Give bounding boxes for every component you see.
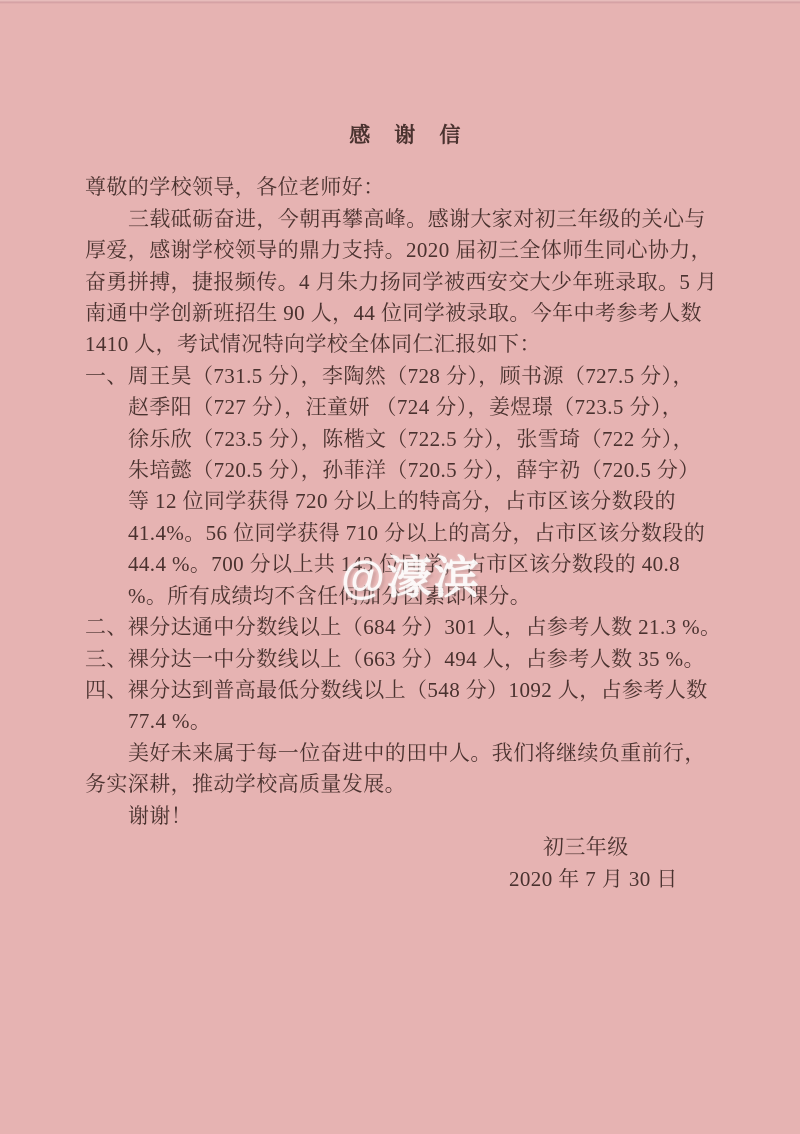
letter-list-item-1: 一、周王昊（731.5 分），李陶然（728 分），顾书源（727.5 分）， (85, 361, 735, 392)
letter-list-item-1-cont: 等 12 位同学获得 720 分以上的特高分，占市区该分数段的 (85, 486, 735, 517)
letter-date: 2020 年 7 月 30 日 (85, 864, 735, 895)
letter-list-item-3: 三、裸分达一中分数线以上（663 分）494 人，占参考人数 35 %。 (85, 644, 735, 675)
watermark-text: @濠滨 (341, 541, 481, 606)
letter-body-line: 奋勇拼搏，捷报频传。4 月朱力扬同学被西安交大少年班录取。5 月 (85, 267, 735, 298)
letter-body-line: 1410 人，考试情况特向学校全体同仁汇报如下： (85, 329, 735, 360)
letter-closing-line: 务实深耕，推动学校高质量发展。 (85, 769, 735, 800)
letter-closing-line: 美好未来属于每一位奋进中的田中人。我们将继续负重前行， (85, 738, 735, 769)
letter-body-line: 南通中学创新班招生 90 人，44 位同学被录取。今年中考参考人数 (85, 298, 735, 329)
letter-list-item-1-cont: 朱培懿（720.5 分），孙菲洋（720.5 分），薛宇礽（720.5 分） (85, 455, 735, 486)
letter-body-line: 厚爱，感谢学校领导的鼎力支持。2020 届初三全体师生同心协力， (85, 235, 735, 266)
letter-list-item-2: 二、裸分达通中分数线以上（684 分）301 人，占参考人数 21.3 %。 (85, 612, 735, 643)
letter-thanks: 谢谢！ (85, 801, 735, 832)
letter-page: 感 谢 信 尊敬的学校领导，各位老师好： 三载砥砺奋进，今朝再攀高峰。感谢大家对… (0, 0, 800, 1134)
letter-list-item-4: 四、裸分达到普高最低分数线以上（548 分）1092 人，占参考人数 (85, 675, 735, 706)
letter-list-item-1-cont: 徐乐欣（723.5 分），陈楷文（722.5 分），张雪琦（722 分）， (85, 424, 735, 455)
letter-title: 感 谢 信 (275, 120, 535, 151)
letter-list-item-4-cont: 77.4 %。 (85, 706, 735, 737)
letter-salutation: 尊敬的学校领导，各位老师好： (85, 172, 735, 203)
letter-content: 感 谢 信 尊敬的学校领导，各位老师好： 三载砥砺奋进，今朝再攀高峰。感谢大家对… (85, 0, 735, 895)
letter-list-item-1-cont: 赵季阳（727 分），汪童妍 （724 分），姜煜璟（723.5 分）， (85, 392, 735, 423)
letter-signature: 初三年级 (85, 832, 735, 863)
letter-body-line: 三载砥砺奋进，今朝再攀高峰。感谢大家对初三年级的关心与 (85, 204, 735, 235)
